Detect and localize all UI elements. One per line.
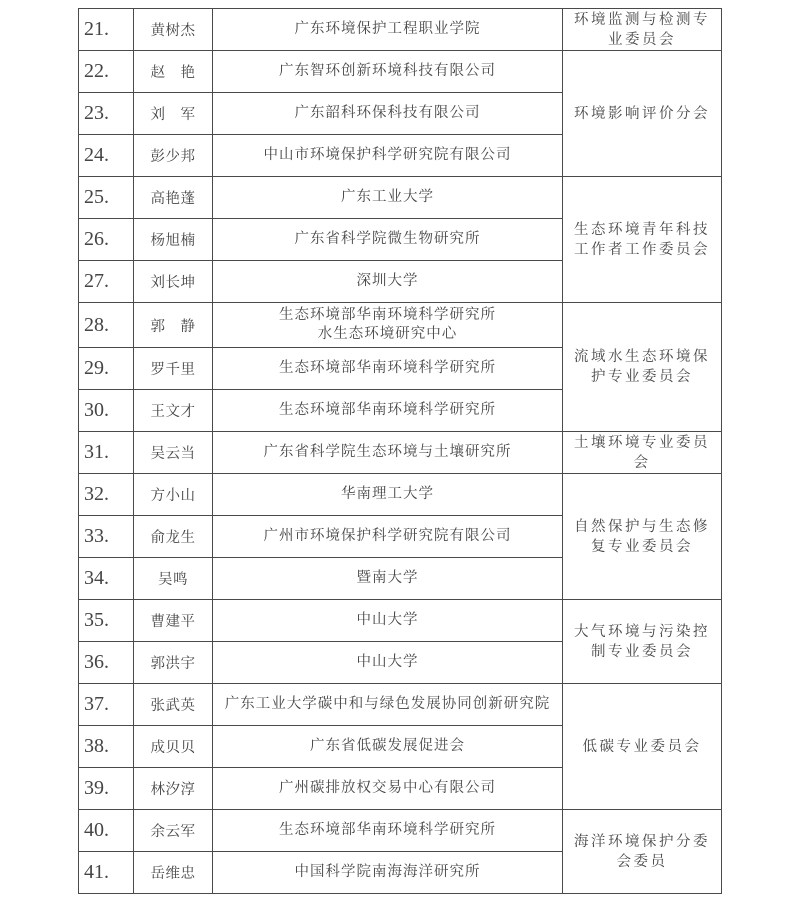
- organization-cell: 生态环境部华南环境科学研究所: [213, 810, 563, 852]
- row-number-cell: 28.: [79, 303, 134, 348]
- name-cell: 刘长坤: [134, 261, 213, 303]
- organization-cell: 广州市环境保护科学研究院有限公司: [213, 516, 563, 558]
- organization-cell: 广东智环创新环境科技有限公司: [213, 51, 563, 93]
- row-number-cell: 36.: [79, 642, 134, 684]
- name-cell: 林汐淳: [134, 768, 213, 810]
- name-cell: 方小山: [134, 474, 213, 516]
- name-cell: 彭少邦: [134, 135, 213, 177]
- row-number-cell: 23.: [79, 93, 134, 135]
- organization-cell: 生态环境部华南环境科学研究所: [213, 390, 563, 432]
- name-cell: 王文才: [134, 390, 213, 432]
- row-number-cell: 31.: [79, 432, 134, 474]
- row-number-cell: 38.: [79, 726, 134, 768]
- name-cell: 罗千里: [134, 348, 213, 390]
- organization-cell: 中山大学: [213, 642, 563, 684]
- committee-cell: 流域水生态环境保 护专业委员会: [563, 303, 722, 432]
- organization-cell: 广东韶科环保科技有限公司: [213, 93, 563, 135]
- name-cell: 曹建平: [134, 600, 213, 642]
- organization-cell: 广东工业大学碳中和与绿色发展协同创新研究院: [213, 684, 563, 726]
- row-number-cell: 21.: [79, 9, 134, 51]
- row-number-cell: 40.: [79, 810, 134, 852]
- row-number-cell: 37.: [79, 684, 134, 726]
- organization-cell: 中山市环境保护科学研究院有限公司: [213, 135, 563, 177]
- table-row: 40. 余云军 生态环境部华南环境科学研究所 海洋环境保护分委 会委员: [79, 810, 722, 852]
- name-cell: 郭洪宇: [134, 642, 213, 684]
- table-row: 35. 曹建平 中山大学 大气环境与污染控 制专业委员会: [79, 600, 722, 642]
- table-row: 31. 吴云当 广东省科学院生态环境与土壤研究所 土壤环境专业委员 会: [79, 432, 722, 474]
- row-number-cell: 25.: [79, 177, 134, 219]
- row-number-cell: 24.: [79, 135, 134, 177]
- organization-cell: 广东省低碳发展促进会: [213, 726, 563, 768]
- name-cell: 岳维忠: [134, 852, 213, 894]
- organization-cell: 生态环境部华南环境科学研究所 水生态环境研究中心: [213, 303, 563, 348]
- committee-cell: 生态环境青年科技 工作者工作委员会: [563, 177, 722, 303]
- row-number-cell: 33.: [79, 516, 134, 558]
- row-number-cell: 39.: [79, 768, 134, 810]
- table-row: 28. 郭 静 生态环境部华南环境科学研究所 水生态环境研究中心 流域水生态环境…: [79, 303, 722, 348]
- committee-cell: 环境监测与检测专 业委员会: [563, 9, 722, 51]
- committee-cell: 环境影响评价分会: [563, 51, 722, 177]
- row-number-cell: 41.: [79, 852, 134, 894]
- organization-cell: 华南理工大学: [213, 474, 563, 516]
- organization-cell: 暨南大学: [213, 558, 563, 600]
- table-row: 25. 高艳蓬 广东工业大学 生态环境青年科技 工作者工作委员会: [79, 177, 722, 219]
- row-number-cell: 29.: [79, 348, 134, 390]
- name-cell: 余云军: [134, 810, 213, 852]
- row-number-cell: 26.: [79, 219, 134, 261]
- name-cell: 刘 军: [134, 93, 213, 135]
- name-cell: 黄树杰: [134, 9, 213, 51]
- organization-cell: 中国科学院南海海洋研究所: [213, 852, 563, 894]
- row-number-cell: 27.: [79, 261, 134, 303]
- organization-cell: 广东工业大学: [213, 177, 563, 219]
- name-cell: 俞龙生: [134, 516, 213, 558]
- name-cell: 成贝贝: [134, 726, 213, 768]
- table-row: 22. 赵 艳 广东智环创新环境科技有限公司 环境影响评价分会: [79, 51, 722, 93]
- row-number-cell: 30.: [79, 390, 134, 432]
- committee-cell: 大气环境与污染控 制专业委员会: [563, 600, 722, 684]
- organization-cell: 深圳大学: [213, 261, 563, 303]
- committee-cell: 土壤环境专业委员 会: [563, 432, 722, 474]
- name-cell: 吴云当: [134, 432, 213, 474]
- organization-cell: 广州碳排放权交易中心有限公司: [213, 768, 563, 810]
- name-cell: 张武英: [134, 684, 213, 726]
- name-cell: 高艳蓬: [134, 177, 213, 219]
- name-cell: 赵 艳: [134, 51, 213, 93]
- table-row: 37. 张武英 广东工业大学碳中和与绿色发展协同创新研究院 低碳专业委员会: [79, 684, 722, 726]
- organization-cell: 广东省科学院生态环境与土壤研究所: [213, 432, 563, 474]
- organization-cell: 生态环境部华南环境科学研究所: [213, 348, 563, 390]
- name-cell: 杨旭楠: [134, 219, 213, 261]
- organization-cell: 中山大学: [213, 600, 563, 642]
- row-number-cell: 35.: [79, 600, 134, 642]
- committee-cell: 海洋环境保护分委 会委员: [563, 810, 722, 894]
- row-number-cell: 34.: [79, 558, 134, 600]
- document-page: 21. 黄树杰 广东环境保护工程职业学院 环境监测与检测专 业委员会 22. 赵…: [0, 0, 790, 901]
- organization-cell: 广东环境保护工程职业学院: [213, 9, 563, 51]
- organization-cell: 广东省科学院微生物研究所: [213, 219, 563, 261]
- name-cell: 郭 静: [134, 303, 213, 348]
- row-number-cell: 32.: [79, 474, 134, 516]
- table-row: 21. 黄树杰 广东环境保护工程职业学院 环境监测与检测专 业委员会: [79, 9, 722, 51]
- committee-cell: 自然保护与生态修 复专业委员会: [563, 474, 722, 600]
- row-number-cell: 22.: [79, 51, 134, 93]
- committee-cell: 低碳专业委员会: [563, 684, 722, 810]
- name-cell: 吴鸣: [134, 558, 213, 600]
- members-table: 21. 黄树杰 广东环境保护工程职业学院 环境监测与检测专 业委员会 22. 赵…: [78, 8, 722, 894]
- table-row: 32. 方小山 华南理工大学 自然保护与生态修 复专业委员会: [79, 474, 722, 516]
